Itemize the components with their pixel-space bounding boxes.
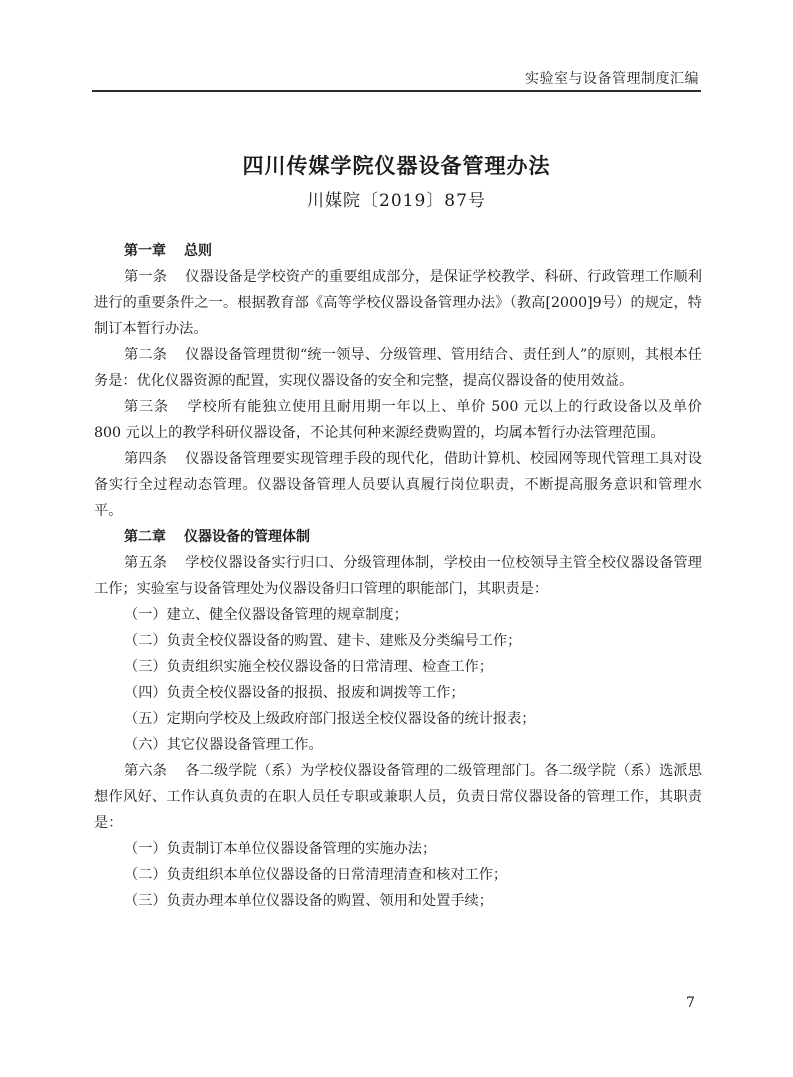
running-header-title: 实验室与设备管理制度汇编 <box>525 68 699 88</box>
document-title: 四川传媒学院仪器设备管理办法 <box>0 150 793 180</box>
article-paragraph: 第四条仪器设备管理要实现管理手段的现代化，借助计算机、校园网等现代管理工具对设备… <box>94 446 702 524</box>
list-item: （四）负责全校仪器设备的报损、报废和调拨等工作； <box>94 680 702 706</box>
document-body: 第一章总则 第一条仪器设备是学校资产的重要组成部分，是保证学校教学、科研、行政管… <box>94 238 702 914</box>
article-text: 学校所有能独立使用且耐用期一年以上、单价 500 元以上的行政设备以及单价 80… <box>94 399 702 441</box>
list-item: （二）负责全校仪器设备的购置、建卡、建账及分类编号工作； <box>94 628 702 654</box>
chapter-heading: 第一章总则 <box>94 238 702 264</box>
article-paragraph: 第六条各二级学院（系）为学校仪器设备管理的二级管理部门。各二级学院（系）选派思想… <box>94 758 702 836</box>
document-number: 川媒院〔2019〕87号 <box>0 186 793 211</box>
article-text: 仪器设备是学校资产的重要组成部分，是保证学校教学、科研、行政管理工作顺利进行的重… <box>94 269 702 337</box>
chapter-title: 总则 <box>184 243 212 259</box>
article-text: 仪器设备管理贯彻“统一领导、分级管理、管用结合、责任到人”的原则，其根本任务是：… <box>94 347 702 389</box>
list-item: （六）其它仪器设备管理工作。 <box>94 732 702 758</box>
article-text: 学校仪器设备实行归口、分级管理体制，学校由一位校领导主管全校仪器设备管理工作；实… <box>94 555 702 597</box>
article-number: 第二条 <box>124 347 167 363</box>
chapter-title: 仪器设备的管理体制 <box>184 529 310 545</box>
article-number: 第六条 <box>124 763 167 779</box>
list-item: （一）建立、健全仪器设备管理的规章制度； <box>94 602 702 628</box>
article-number: 第三条 <box>124 399 169 415</box>
article-text: 各二级学院（系）为学校仪器设备管理的二级管理部门。各二级学院（系）选派思想作风好… <box>94 763 702 831</box>
chapter-heading: 第二章仪器设备的管理体制 <box>94 524 702 550</box>
list-item: （三）负责组织实施全校仪器设备的日常清理、检查工作； <box>94 654 702 680</box>
list-item: （一）负责制订本单位仪器设备管理的实施办法； <box>94 836 702 862</box>
chapter-number: 第一章 <box>124 243 166 259</box>
chapter-number: 第二章 <box>124 529 166 545</box>
article-paragraph: 第三条学校所有能独立使用且耐用期一年以上、单价 500 元以上的行政设备以及单价… <box>94 394 702 446</box>
list-item: （二）负责组织本单位仪器设备的日常清理清查和核对工作； <box>94 862 702 888</box>
running-header: 实验室与设备管理制度汇编 <box>92 62 701 92</box>
article-number: 第一条 <box>124 269 167 285</box>
article-text: 仪器设备管理要实现管理手段的现代化，借助计算机、校园网等现代管理工具对设备实行全… <box>94 451 702 519</box>
article-paragraph: 第一条仪器设备是学校资产的重要组成部分，是保证学校教学、科研、行政管理工作顺利进… <box>94 264 702 342</box>
article-number: 第五条 <box>124 555 167 571</box>
article-paragraph: 第五条学校仪器设备实行归口、分级管理体制，学校由一位校领导主管全校仪器设备管理工… <box>94 550 702 602</box>
page-number: 7 <box>686 995 695 1011</box>
article-paragraph: 第二条仪器设备管理贯彻“统一领导、分级管理、管用结合、责任到人”的原则，其根本任… <box>94 342 702 394</box>
list-item: （五）定期向学校及上级政府部门报送全校仪器设备的统计报表； <box>94 706 702 732</box>
list-item: （三）负责办理本单位仪器设备的购置、领用和处置手续； <box>94 888 702 914</box>
article-number: 第四条 <box>124 451 167 467</box>
header-rule <box>92 90 701 92</box>
